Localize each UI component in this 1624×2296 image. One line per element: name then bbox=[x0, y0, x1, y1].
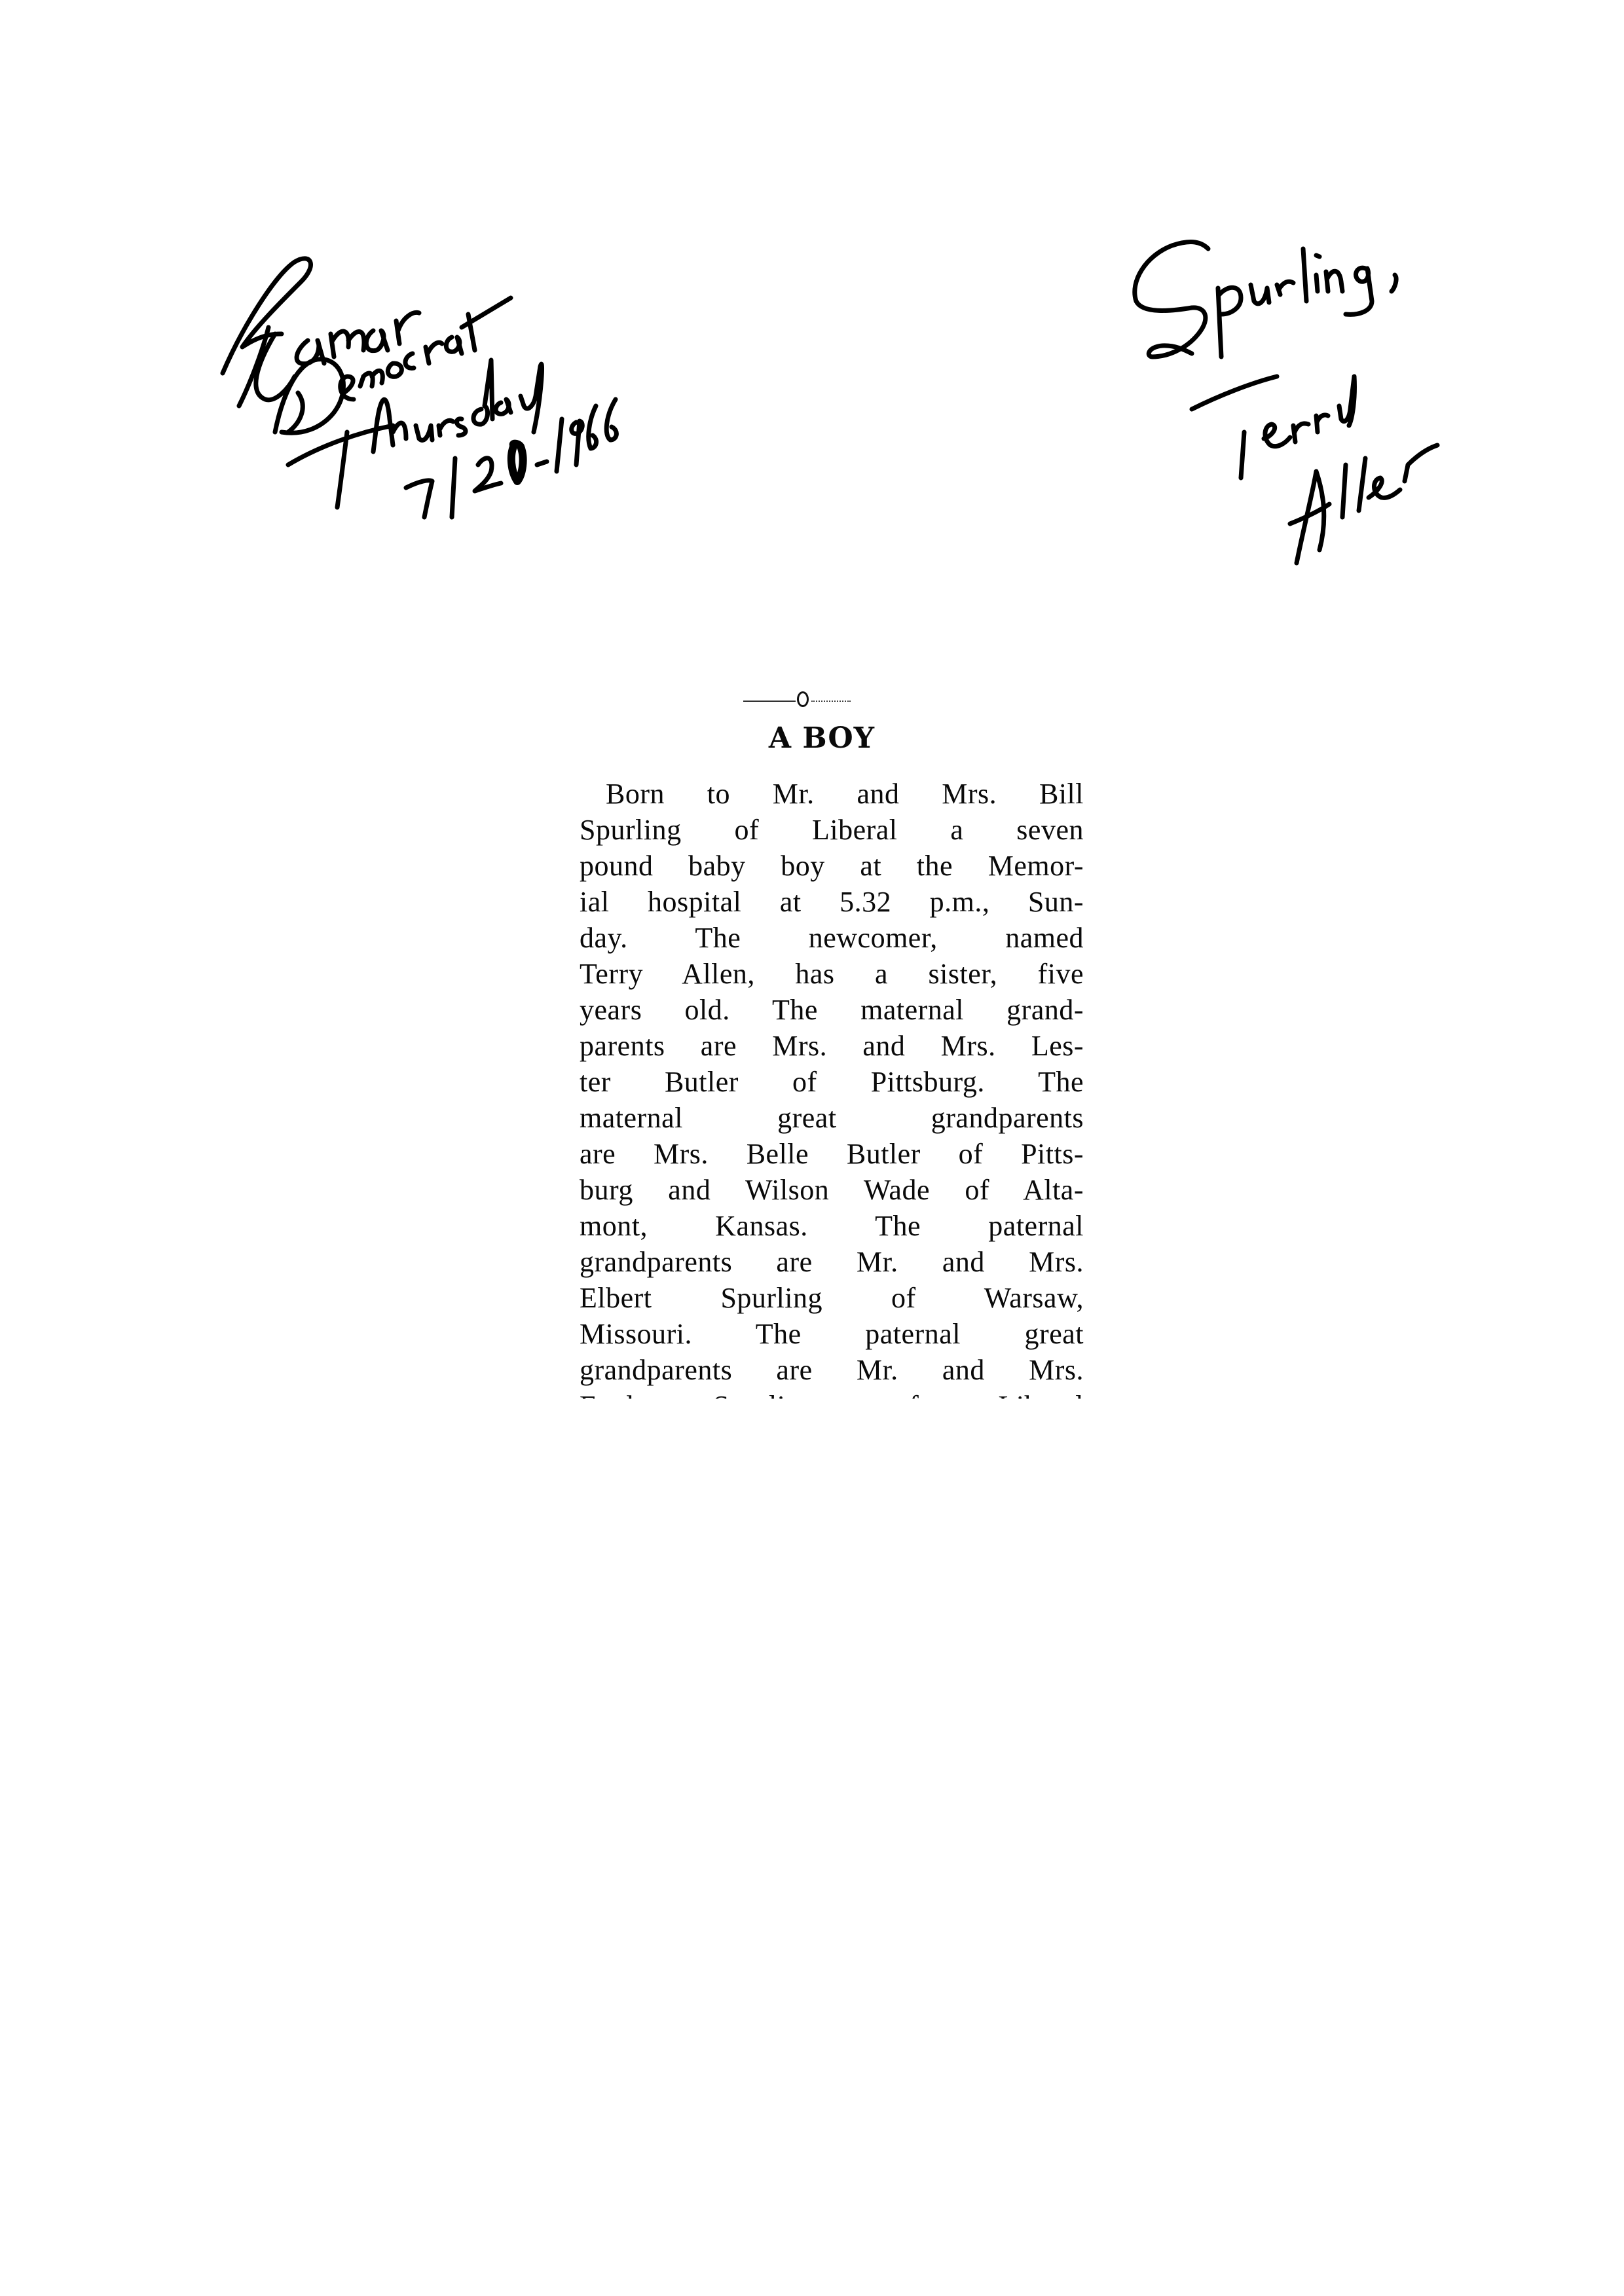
handwritten-source-note: Lamar Democrat Thursday 7/28-1966 bbox=[203, 236, 674, 517]
article-line: Born to Mr. and Mrs. Bill bbox=[580, 776, 1084, 812]
article-line: burg and Wilson Wade of Alta- bbox=[580, 1172, 1084, 1208]
article-line: Spurling of Liberal a seven bbox=[580, 812, 1084, 848]
newspaper-clipping: A BOY Born to Mr. and Mrs. Bill Spurling… bbox=[580, 681, 1084, 1478]
handwriting-drawing bbox=[203, 236, 674, 517]
article-line: Terry Allen, has a sister, five bbox=[580, 956, 1084, 992]
article-line: pound baby boy at the Memor- bbox=[580, 848, 1084, 884]
handwritten-name-note: Spurling, Terry Allen bbox=[1120, 229, 1513, 583]
article-body: Born to Mr. and Mrs. Bill Spurling of Li… bbox=[580, 776, 1084, 1424]
handwriting-drawing bbox=[1120, 229, 1513, 583]
divider-rule bbox=[743, 701, 796, 702]
article-line: mont, Kansas. The paternal bbox=[580, 1208, 1084, 1244]
document-page: Lamar Democrat Thursday 7/28-1966 Spurli… bbox=[0, 0, 1624, 2296]
article-line: Missouri. The paternal great bbox=[580, 1316, 1084, 1352]
article-line: years old. The maternal grand- bbox=[580, 992, 1084, 1028]
article-line: are Mrs. Belle Butler of Pitts- bbox=[580, 1136, 1084, 1172]
divider-rule bbox=[811, 701, 851, 702]
article-headline: A BOY bbox=[580, 721, 1084, 755]
article-line: Elbert Spurling of Warsaw, bbox=[580, 1280, 1084, 1316]
article-line: ial hospital at 5.32 p.m., Sun- bbox=[580, 884, 1084, 920]
article-line: grandparents are Mr. and Mrs. bbox=[580, 1244, 1084, 1280]
ornament-divider bbox=[743, 681, 861, 707]
article-line: grandparents are Mr. and Mrs. bbox=[580, 1352, 1084, 1388]
article-line: maternal great grandparents bbox=[580, 1100, 1084, 1136]
article-line: day. The newcomer, named bbox=[580, 920, 1084, 956]
article-line: parents are Mrs. and Mrs. Les- bbox=[580, 1028, 1084, 1064]
article-line-cut-off: Fred Spurling of Liberal bbox=[580, 1388, 1084, 1424]
article-line: ter Butler of Pittsburg. The bbox=[580, 1064, 1084, 1100]
ornament-circle-icon bbox=[797, 691, 809, 707]
